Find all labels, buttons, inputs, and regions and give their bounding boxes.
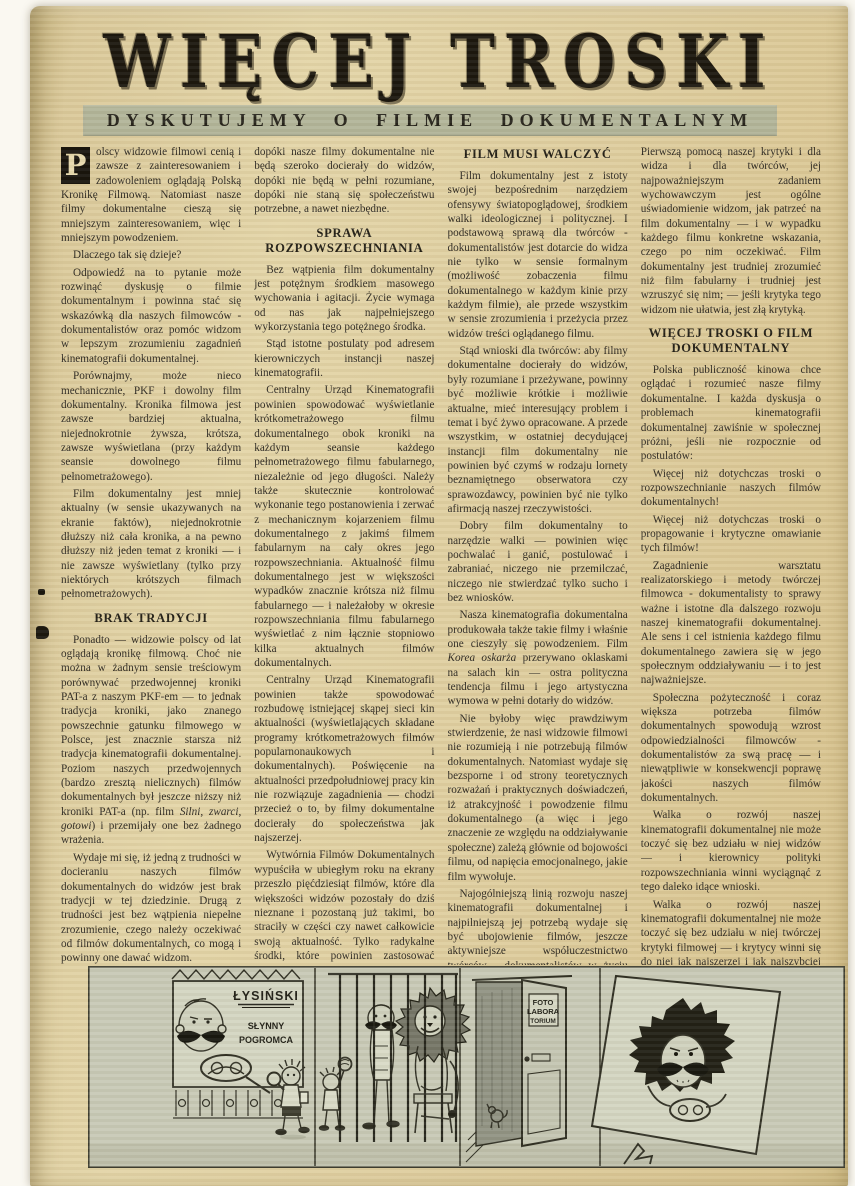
paragraph: Walka o rozwój naszej kinematografii dok… xyxy=(641,898,821,966)
paragraph: Wydaje mi się, iż jedną z trudności w do… xyxy=(61,851,241,965)
scanned-magazine-page: { "header": { "title": "WIĘCEJ TROSKI", … xyxy=(0,0,855,1186)
poster-subtitle-label: SŁYNNY xyxy=(248,1021,285,1031)
poster-subtitle2-label: POGROMCA xyxy=(239,1035,294,1045)
column-1: Polscy widzowie filmowi cenią i zawsze z… xyxy=(61,145,241,965)
paragraph: Polska publiczność kinowa chce oglądać i… xyxy=(641,363,821,463)
paragraph: Wytwórnia Filmów Dokumentalnych wypuścił… xyxy=(254,848,434,965)
section-heading-film-musi-walczyc: FILM MUSI WALCZYĆ xyxy=(448,147,628,162)
paragraph: Społeczna pożyteczność i coraz większa p… xyxy=(641,691,821,806)
paragraph: dopóki nasze filmy dokumentalne nie będą… xyxy=(254,145,434,217)
cartoon-illustration: ŁYSIŃSKI SŁYNNY POGROMCA FOTO LABORA TOR… xyxy=(88,966,845,1168)
paragraph: Walka o rozwój naszej kinematografii dok… xyxy=(641,808,821,894)
kicker-text: DYSKUTUJEMY O FILMIE DOKUMENTALNYM xyxy=(107,110,754,131)
door-sign-line1: FOTO xyxy=(533,998,554,1007)
drop-cap: P xyxy=(61,147,90,184)
paragraph: Film dokumentalny jest z istoty swojej b… xyxy=(448,169,628,341)
paragraph: Film dokumentalny jest mniej aktualny (w… xyxy=(61,487,241,602)
paragraph: Ponadto — widzowie polscy od lat oglądaj… xyxy=(61,633,241,848)
paragraph: Najogólniejszą linią rozwoju naszej kine… xyxy=(448,887,628,965)
paragraph: Nie byłoby więc prawdziwym stwierdzenie,… xyxy=(448,712,628,884)
paragraph: Stąd wnioski dla twórców: aby filmy doku… xyxy=(448,344,628,516)
paragraph: Pierwszą pomocą naszej krytyki i dla wid… xyxy=(641,145,821,317)
paragraph: Dlaczego tak się dzieje? xyxy=(61,248,241,262)
page-title: WIĘCEJ TROSKI xyxy=(30,20,848,105)
paragraph: Więcej niż dotychczas troski o propagowa… xyxy=(641,513,821,556)
kicker-band: DYSKUTUJEMY O FILMIE DOKUMENTALNYM xyxy=(83,105,777,136)
cartoon-strip: ŁYSIŃSKI SŁYNNY POGROMCA FOTO LABORA TOR… xyxy=(88,966,845,1168)
article-body: Polscy widzowie filmowi cenią i zawsze z… xyxy=(61,145,821,965)
paragraph: Polscy widzowie filmowi cenią i zawsze z… xyxy=(61,145,241,245)
paragraph: Zagadnienie warsztatu realizatorskiego i… xyxy=(641,559,821,688)
section-heading-wiecej-troski: WIĘCEJ TROSKI O FILM DOKUMENTALNY xyxy=(641,326,821,356)
film-title-italic: Korea oskarża xyxy=(448,652,517,664)
paragraph: Dobry film dokumentalny to narzędzie wal… xyxy=(448,519,628,605)
poster-title-label: ŁYSIŃSKI xyxy=(233,988,299,1003)
paragraph: Więcej niż dotychczas troski o rozpowsze… xyxy=(641,467,821,510)
paragraph: Odpowiedź na to pytanie może rozwinąć dy… xyxy=(61,266,241,366)
comic-panel-photo-lab-door xyxy=(466,976,572,1162)
door-sign-line2: LABORA xyxy=(527,1007,560,1016)
paragraph: Stąd istotne postulaty pod adresem kiero… xyxy=(254,337,434,380)
paragraph: Bez wątpienia film dokumentalny jest pot… xyxy=(254,263,434,335)
binding-mark xyxy=(38,589,45,595)
column-2: dopóki nasze filmy dokumentalne nie będą… xyxy=(254,145,434,965)
binding-mark xyxy=(36,626,49,639)
column-3: FILM MUSI WALCZYĆ Film dokumentalny jest… xyxy=(448,145,628,965)
section-heading-brak-tradycji: BRAK TRADYCJI xyxy=(61,611,241,626)
paragraph: Centralny Urząd Kinematografii powinien … xyxy=(254,673,434,845)
paragraph: Centralny Urząd Kinematografii powinien … xyxy=(254,383,434,670)
door-sign-line3: TORIUM xyxy=(530,1018,556,1025)
newspaper-page: WIĘCEJ TROSKI DYSKUTUJEMY O FILMIE DOKUM… xyxy=(30,6,848,1186)
section-heading-sprawa-rozpowszechniania: SPRAWA ROZPOWSZECHNIANIA xyxy=(254,226,434,256)
paragraph: Nasza kinematografia dokumentalna produk… xyxy=(448,608,628,708)
paragraph: Porównajmy, może nieco mechanicznie, PKF… xyxy=(61,369,241,484)
column-4: Pierwszą pomocą naszej krytyki i dla wid… xyxy=(641,145,821,965)
